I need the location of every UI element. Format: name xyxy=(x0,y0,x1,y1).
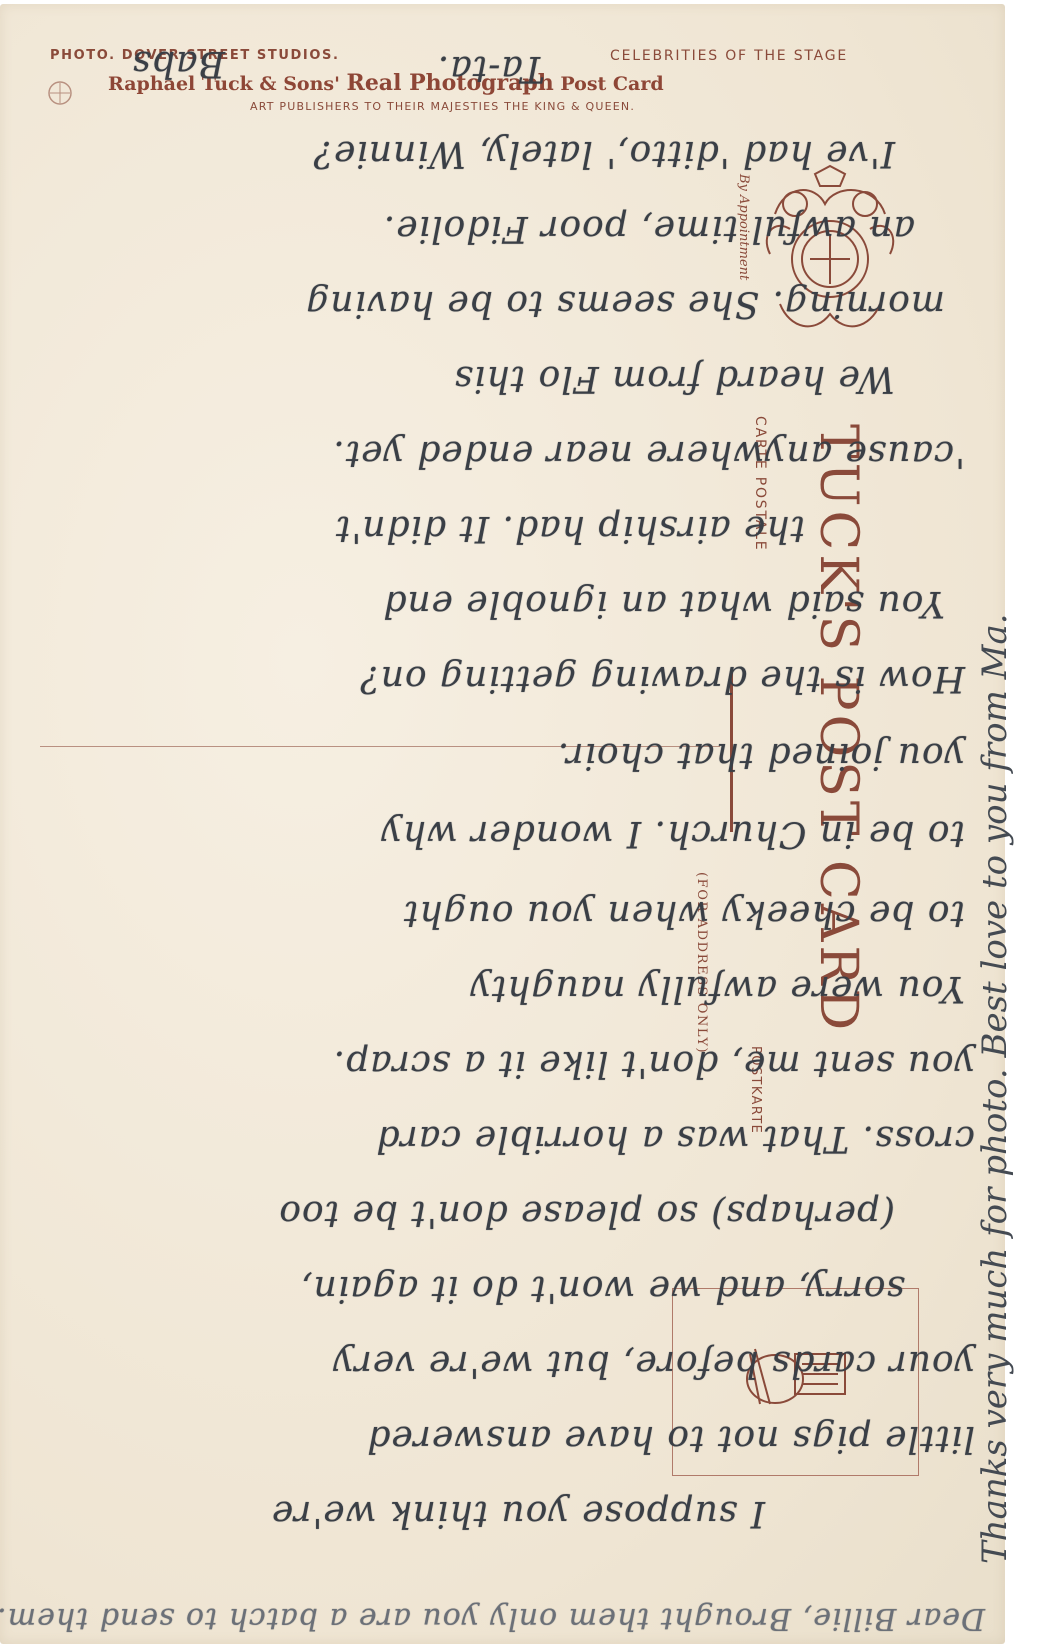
message-line: little pigs not to have answered xyxy=(366,1418,975,1459)
message-line: an awful time, poor Fidolie. xyxy=(383,208,915,249)
message-line: your cards before, but we're very xyxy=(332,1343,975,1384)
margin-note: Thanks very much for photo. Best love to… xyxy=(975,613,1015,1564)
message-line: sorry, and we won't do it again, xyxy=(300,1268,905,1309)
message-line: to be cheeky when you ought xyxy=(403,893,965,934)
message-line: you joined that choir. xyxy=(557,735,965,776)
postcard-back: PHOTO. DOVER STREET STUDIOS. CELEBRITIES… xyxy=(0,4,1005,1644)
signature: Babs xyxy=(132,43,225,84)
message-line: 'cause anywhere near ended yet. xyxy=(332,433,965,474)
handwritten-message: Dear Billie, Brought them only you are a… xyxy=(0,4,1005,1644)
message-line: the airship had. It didn't xyxy=(335,508,805,549)
message-line: to be in Church. I wonder why xyxy=(380,813,965,854)
message-line: cross. That was a horrible card xyxy=(375,1118,975,1159)
message-line: You were awfully naughty xyxy=(470,968,965,1009)
message-line: You said what an ignoble end xyxy=(382,583,945,624)
message-line: How is the drawing getting on? xyxy=(359,658,965,699)
message-line: morning. She seems to be having xyxy=(305,283,945,324)
message-line: We heard from Flo this xyxy=(453,358,895,399)
message-line: I've had 'ditto,' lately, Winnie? xyxy=(313,133,895,174)
message-line: (perhaps) so please don't be too xyxy=(278,1193,895,1234)
message-line: you sent me, don't like it a scrap. xyxy=(333,1043,975,1084)
message-line: I suppose you think we're xyxy=(271,1493,765,1534)
signoff: Ta-ta. xyxy=(437,48,545,89)
salutation: Dear Billie, Brought them only you are a… xyxy=(0,1601,985,1636)
